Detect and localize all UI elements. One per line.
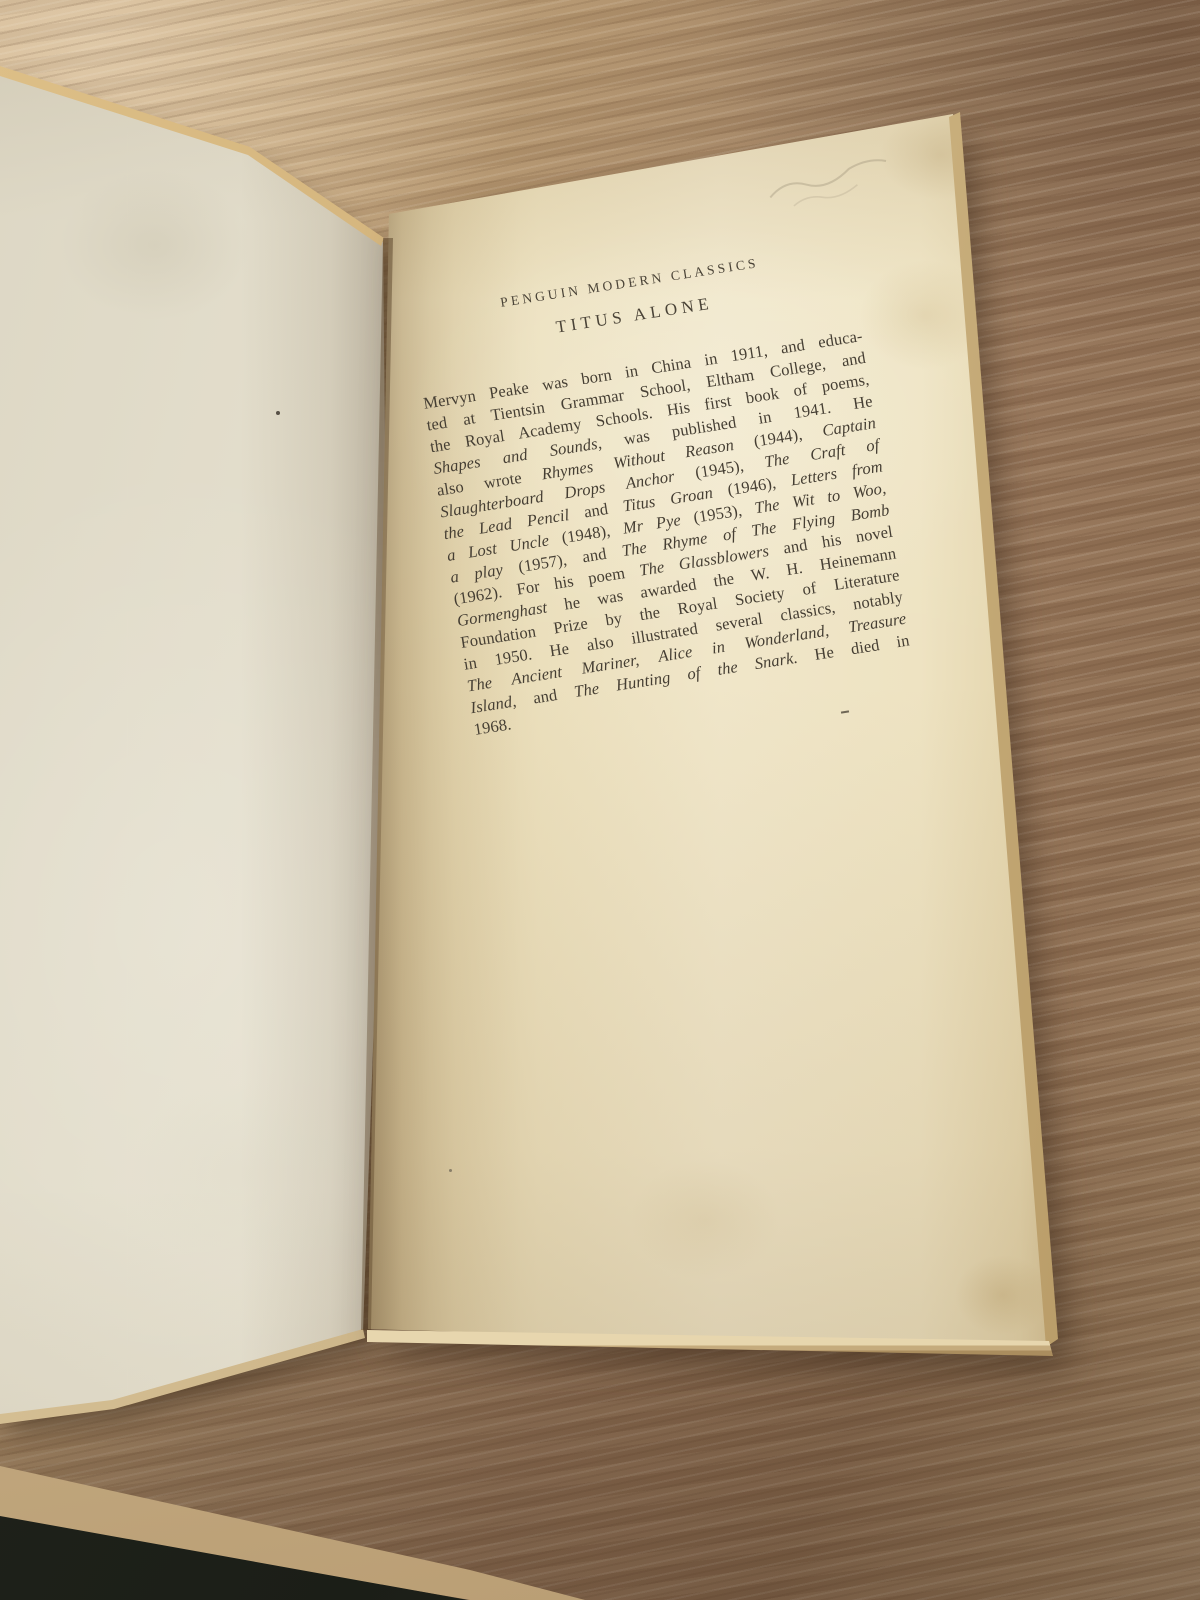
pencil-marks — [756, 132, 953, 221]
page-text-block: PENGUIN MODERN CLASSICS TITUS ALONE Merv… — [409, 242, 914, 740]
ink-speck — [449, 1169, 452, 1172]
right-page-shadow-wrap: PENGUIN MODERN CLASSICS TITUS ALONE Merv… — [0, 0, 1200, 1600]
ink-speck — [841, 710, 849, 713]
biography-paragraph: Mervyn Peake was born in China in 1911, … — [422, 325, 915, 741]
paper-stain — [630, 1160, 780, 1280]
photo-open-paperback-on-table: PENGUIN MODERN CLASSICS TITUS ALONE Merv… — [0, 0, 1200, 1600]
right-page: PENGUIN MODERN CLASSICS TITUS ALONE Merv… — [0, 0, 1200, 1600]
paper-stain — [955, 1255, 1050, 1335]
